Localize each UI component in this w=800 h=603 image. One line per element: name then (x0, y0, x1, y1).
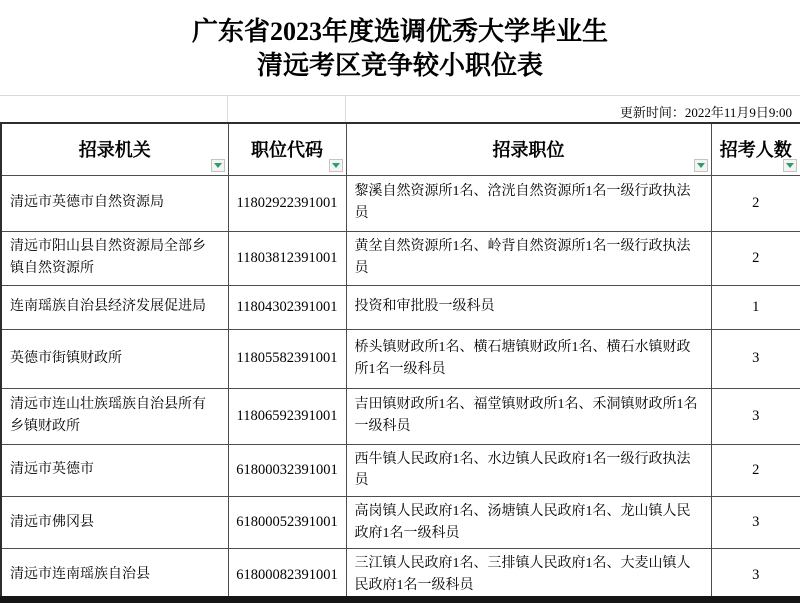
code-cell: 61800052391001 (228, 496, 346, 548)
header-row: 招录机关 职位代码 招录职位 招考人数 (1, 123, 800, 175)
page-title: 广东省2023年度选调优秀大学毕业生 清远考区竞争较小职位表 (0, 0, 800, 95)
gridline (227, 96, 228, 122)
table-row: 清远市阳山县自然资源局全部乡镇自然资源所 11803812391001 黄坌自然… (1, 231, 800, 285)
position-cell: 黎溪自然资源所1名、浛洸自然资源所1名一级行政执法员 (346, 175, 711, 231)
position-cell: 黄坌自然资源所1名、岭背自然资源所1名一级行政执法员 (346, 231, 711, 285)
code-cell: 11802922391001 (228, 175, 346, 231)
table-row: 清远市英德市 61800032391001 西牛镇人民政府1名、水边镇人民政府1… (1, 444, 800, 496)
table-row: 英德市街镇财政所 11805582391001 桥头镇财政所1名、横石塘镇财政所… (1, 329, 800, 388)
recruitment-table: 招录机关 职位代码 招录职位 招考人数 清远市英德市自然资源局 (0, 122, 800, 603)
count-cell: 1 (711, 285, 800, 329)
column-header-label: 招录机关 (79, 140, 151, 160)
bottom-border (0, 596, 800, 603)
position-cell: 高岗镇人民政府1名、汤塘镇人民政府1名、龙山镇人民政府1名一级科员 (346, 496, 711, 548)
gridline (345, 96, 346, 122)
count-cell: 3 (711, 329, 800, 388)
column-header-label: 招录职位 (493, 140, 565, 160)
page-title-line2: 清远考区竞争较小职位表 (0, 49, 800, 83)
column-header-code: 职位代码 (228, 123, 346, 175)
column-header-label: 招考人数 (720, 140, 792, 160)
count-cell: 3 (711, 496, 800, 548)
filter-dropdown-button[interactable] (211, 159, 225, 172)
code-cell: 11803812391001 (228, 231, 346, 285)
count-cell: 2 (711, 175, 800, 231)
position-cell: 桥头镇财政所1名、横石塘镇财政所1名、横石水镇财政所1名一级科员 (346, 329, 711, 388)
code-cell: 61800082391001 (228, 549, 346, 602)
filter-dropdown-button[interactable] (694, 159, 708, 172)
code-cell: 11806592391001 (228, 388, 346, 444)
chevron-down-icon (697, 163, 705, 168)
column-header-count: 招考人数 (711, 123, 800, 175)
count-cell: 3 (711, 549, 800, 602)
chevron-down-icon (214, 163, 222, 168)
table-row: 清远市英德市自然资源局 11802922391001 黎溪自然资源所1名、浛洸自… (1, 175, 800, 231)
code-cell: 11804302391001 (228, 285, 346, 329)
column-header-position: 招录职位 (346, 123, 711, 175)
table-row: 清远市连山壮族瑶族自治县所有乡镇财政所 11806592391001 吉田镇财政… (1, 388, 800, 444)
agency-cell: 英德市街镇财政所 (1, 329, 228, 388)
position-cell: 投资和审批股一级科员 (346, 285, 711, 329)
filter-dropdown-button[interactable] (329, 159, 343, 172)
count-cell: 2 (711, 231, 800, 285)
code-cell: 11805582391001 (228, 329, 346, 388)
table-row: 清远市连南瑶族自治县 61800082391001 三江镇人民政府1名、三排镇人… (1, 549, 800, 602)
agency-cell: 清远市英德市 (1, 444, 228, 496)
filter-dropdown-button[interactable] (783, 159, 797, 172)
agency-cell: 连南瑶族自治县经济发展促进局 (1, 285, 228, 329)
count-cell: 3 (711, 388, 800, 444)
column-header-agency: 招录机关 (1, 123, 228, 175)
page: 广东省2023年度选调优秀大学毕业生 清远考区竞争较小职位表 更新时间：2022… (0, 0, 800, 603)
agency-cell: 清远市连南瑶族自治县 (1, 549, 228, 602)
update-time-row: 更新时间：2022年11月9日9:00 (0, 95, 800, 122)
chevron-down-icon (786, 163, 794, 168)
position-cell: 吉田镇财政所1名、福堂镇财政所1名、禾洞镇财政所1名一级科员 (346, 388, 711, 444)
update-time-text: 更新时间：2022年11月9日9:00 (620, 105, 792, 120)
agency-cell: 清远市连山壮族瑶族自治县所有乡镇财政所 (1, 388, 228, 444)
agency-cell: 清远市佛冈县 (1, 496, 228, 548)
agency-cell: 清远市英德市自然资源局 (1, 175, 228, 231)
table-row: 清远市佛冈县 61800052391001 高岗镇人民政府1名、汤塘镇人民政府1… (1, 496, 800, 548)
count-cell: 2 (711, 444, 800, 496)
position-cell: 三江镇人民政府1名、三排镇人民政府1名、大麦山镇人民政府1名一级科员 (346, 549, 711, 602)
agency-cell: 清远市阳山县自然资源局全部乡镇自然资源所 (1, 231, 228, 285)
page-title-line1: 广东省2023年度选调优秀大学毕业生 (0, 15, 800, 49)
code-cell: 61800032391001 (228, 444, 346, 496)
table-row: 连南瑶族自治县经济发展促进局 11804302391001 投资和审批股一级科员… (1, 285, 800, 329)
position-cell: 西牛镇人民政府1名、水边镇人民政府1名一级行政执法员 (346, 444, 711, 496)
chevron-down-icon (332, 163, 340, 168)
column-header-label: 职位代码 (251, 140, 323, 160)
